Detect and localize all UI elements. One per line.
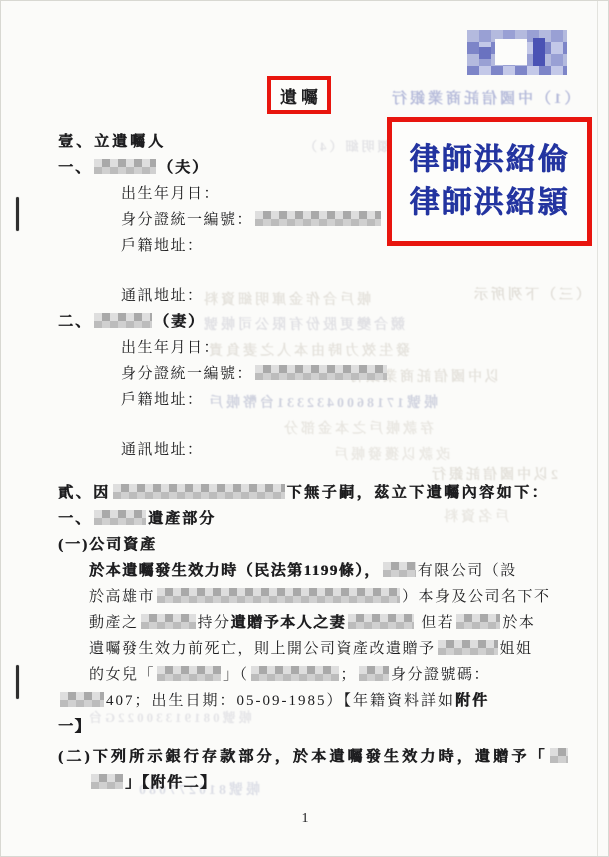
- title-box: 遺囑: [267, 76, 331, 114]
- stamp-dark-patch-2: [479, 47, 491, 59]
- body-line: 於高雄市）本身及公司名下不: [58, 584, 558, 610]
- body-line: 二、（妻）: [58, 309, 558, 335]
- text-run: ）本身及公司名下不: [402, 589, 551, 605]
- redacted-text: [94, 510, 146, 525]
- text-run: 遺產部分: [148, 511, 216, 527]
- text-run: 的女兒「: [89, 667, 155, 683]
- body-line: 的女兒「」（；身分證號碼：: [58, 662, 558, 688]
- body-line: 」【附件二】: [58, 770, 558, 796]
- text-run: 動產之: [89, 615, 139, 631]
- body-line: 身分證統一編號：: [58, 361, 558, 387]
- text-run: 身分證統一編號：: [121, 212, 253, 228]
- text-run: 附件: [455, 693, 489, 709]
- document-title: 遺囑: [276, 83, 322, 108]
- redacted-text: [91, 774, 123, 789]
- text-run: 二、: [58, 314, 92, 330]
- redacted-text: [157, 666, 221, 681]
- body-line: 壹、立遺囑人: [58, 129, 558, 155]
- text-run: 但若: [416, 615, 454, 631]
- text-run: (一)公司資產: [58, 537, 157, 553]
- redacted-text: [113, 484, 285, 499]
- text-run: 持分: [198, 615, 231, 631]
- text-run: 一、: [58, 160, 92, 176]
- stamp-dark-patch: [533, 38, 545, 66]
- text-run: 壹、立遺囑人: [58, 134, 166, 150]
- body-line: 動產之持分遺贈予本人之妻 但若於本: [58, 610, 558, 636]
- body-line: 戶籍地址：: [58, 233, 558, 259]
- staple-mark-bottom: [16, 665, 19, 699]
- text-run: 有限公司（設: [418, 563, 517, 579]
- text-run: 遺贈予本人之妻: [231, 615, 347, 631]
- text-run: 一、: [58, 511, 92, 527]
- redacted-text: [157, 588, 400, 603]
- redacted-text: [550, 748, 568, 763]
- redacted-text: [359, 666, 389, 681]
- body-line: 出生年月日：: [58, 181, 558, 207]
- text-run: 通訊地址：: [121, 288, 204, 304]
- scanned-will-page: （1）中國信託商業銀行稅額明細（4）（三）下列所示帳戶合作金庫明細資料競合變更股…: [0, 0, 609, 857]
- text-run: 姐姐: [500, 641, 533, 657]
- body-line: 於本遺囑發生效力時（民法第1199條），有限公司（設: [58, 558, 558, 584]
- body-line: 貳、因下無子嗣，茲立下遺囑內容如下：: [58, 480, 558, 506]
- page-number: 1: [1, 811, 609, 827]
- text-run: 於本遺囑發生效力時（民法第1199條），: [89, 563, 381, 579]
- body-line: 遺囑發生效力前死亡，則上開公司資產改遺贈予姐姐: [58, 636, 558, 662]
- redacted-text: [94, 313, 152, 328]
- redacted-text: [348, 614, 414, 629]
- body-line: 407；出生日期：05-09-1985）【年籍資料詳如附件: [58, 688, 558, 714]
- text-run: 遺囑發生效力前死亡，則上開公司資產改遺贈予: [89, 641, 436, 657]
- text-run: 下無子嗣，茲立下遺囑內容如下：: [287, 485, 550, 501]
- text-run: (二)下列所示銀行存款部分，於本遺囑發生效力時，遺贈予「: [58, 749, 548, 765]
- text-run: 407；出生日期：05-09-1985）【年籍資料詳如: [106, 693, 455, 709]
- redacted-text: [383, 562, 416, 577]
- redacted-text: [60, 692, 104, 707]
- redacted-text: [456, 614, 500, 629]
- text-run: 戶籍地址：: [121, 392, 204, 408]
- redacted-text: [438, 640, 498, 655]
- redacted-text: [255, 211, 381, 226]
- text-run: 貳、因: [58, 485, 111, 501]
- text-run: 」（: [223, 667, 249, 683]
- document-body: 壹、立遺囑人一、（夫）出生年月日：身分證統一編號：戶籍地址：通訊地址：二、（妻）…: [58, 129, 558, 796]
- text-run: 身分證號碼：: [391, 667, 490, 683]
- text-run: 戶籍地址：: [121, 238, 204, 254]
- ghost-text-line: （1）中國信託商業銀行: [389, 87, 580, 108]
- redacted-stamp: [467, 30, 567, 75]
- redacted-text: [94, 159, 156, 174]
- body-line: 身分證統一編號：: [58, 207, 558, 233]
- body-line: (二)下列所示銀行存款部分，於本遺囑發生效力時，遺贈予「: [58, 744, 558, 770]
- body-line: 通訊地址：: [58, 437, 558, 463]
- text-run: 出生年月日：: [121, 340, 220, 356]
- body-line: 一】: [58, 714, 558, 740]
- stamp-white-patch: [495, 39, 527, 65]
- redacted-text: [251, 666, 339, 681]
- redacted-text: [255, 365, 387, 380]
- text-run: （妻）: [154, 314, 205, 330]
- text-run: 出生年月日：: [121, 186, 220, 202]
- body-line: (一)公司資產: [58, 532, 558, 558]
- body-line: 戶籍地址：: [58, 387, 558, 413]
- redacted-text: [141, 614, 196, 629]
- body-line: 一、（夫）: [58, 155, 558, 181]
- text-run: 一】: [58, 719, 91, 735]
- body-line: 通訊地址：: [58, 283, 558, 309]
- staple-mark-top: [16, 197, 19, 231]
- body-line: 一、遺產部分: [58, 506, 558, 532]
- text-run: 身分證統一編號：: [121, 366, 253, 382]
- text-run: （夫）: [158, 160, 209, 176]
- text-run: 於本: [502, 615, 535, 631]
- text-run: 通訊地址：: [121, 442, 204, 458]
- text-run: 於高雄市: [89, 589, 155, 605]
- text-run: 」【附件二】: [125, 775, 217, 791]
- body-line: 出生年月日：: [58, 335, 558, 361]
- text-run: ；: [341, 667, 358, 683]
